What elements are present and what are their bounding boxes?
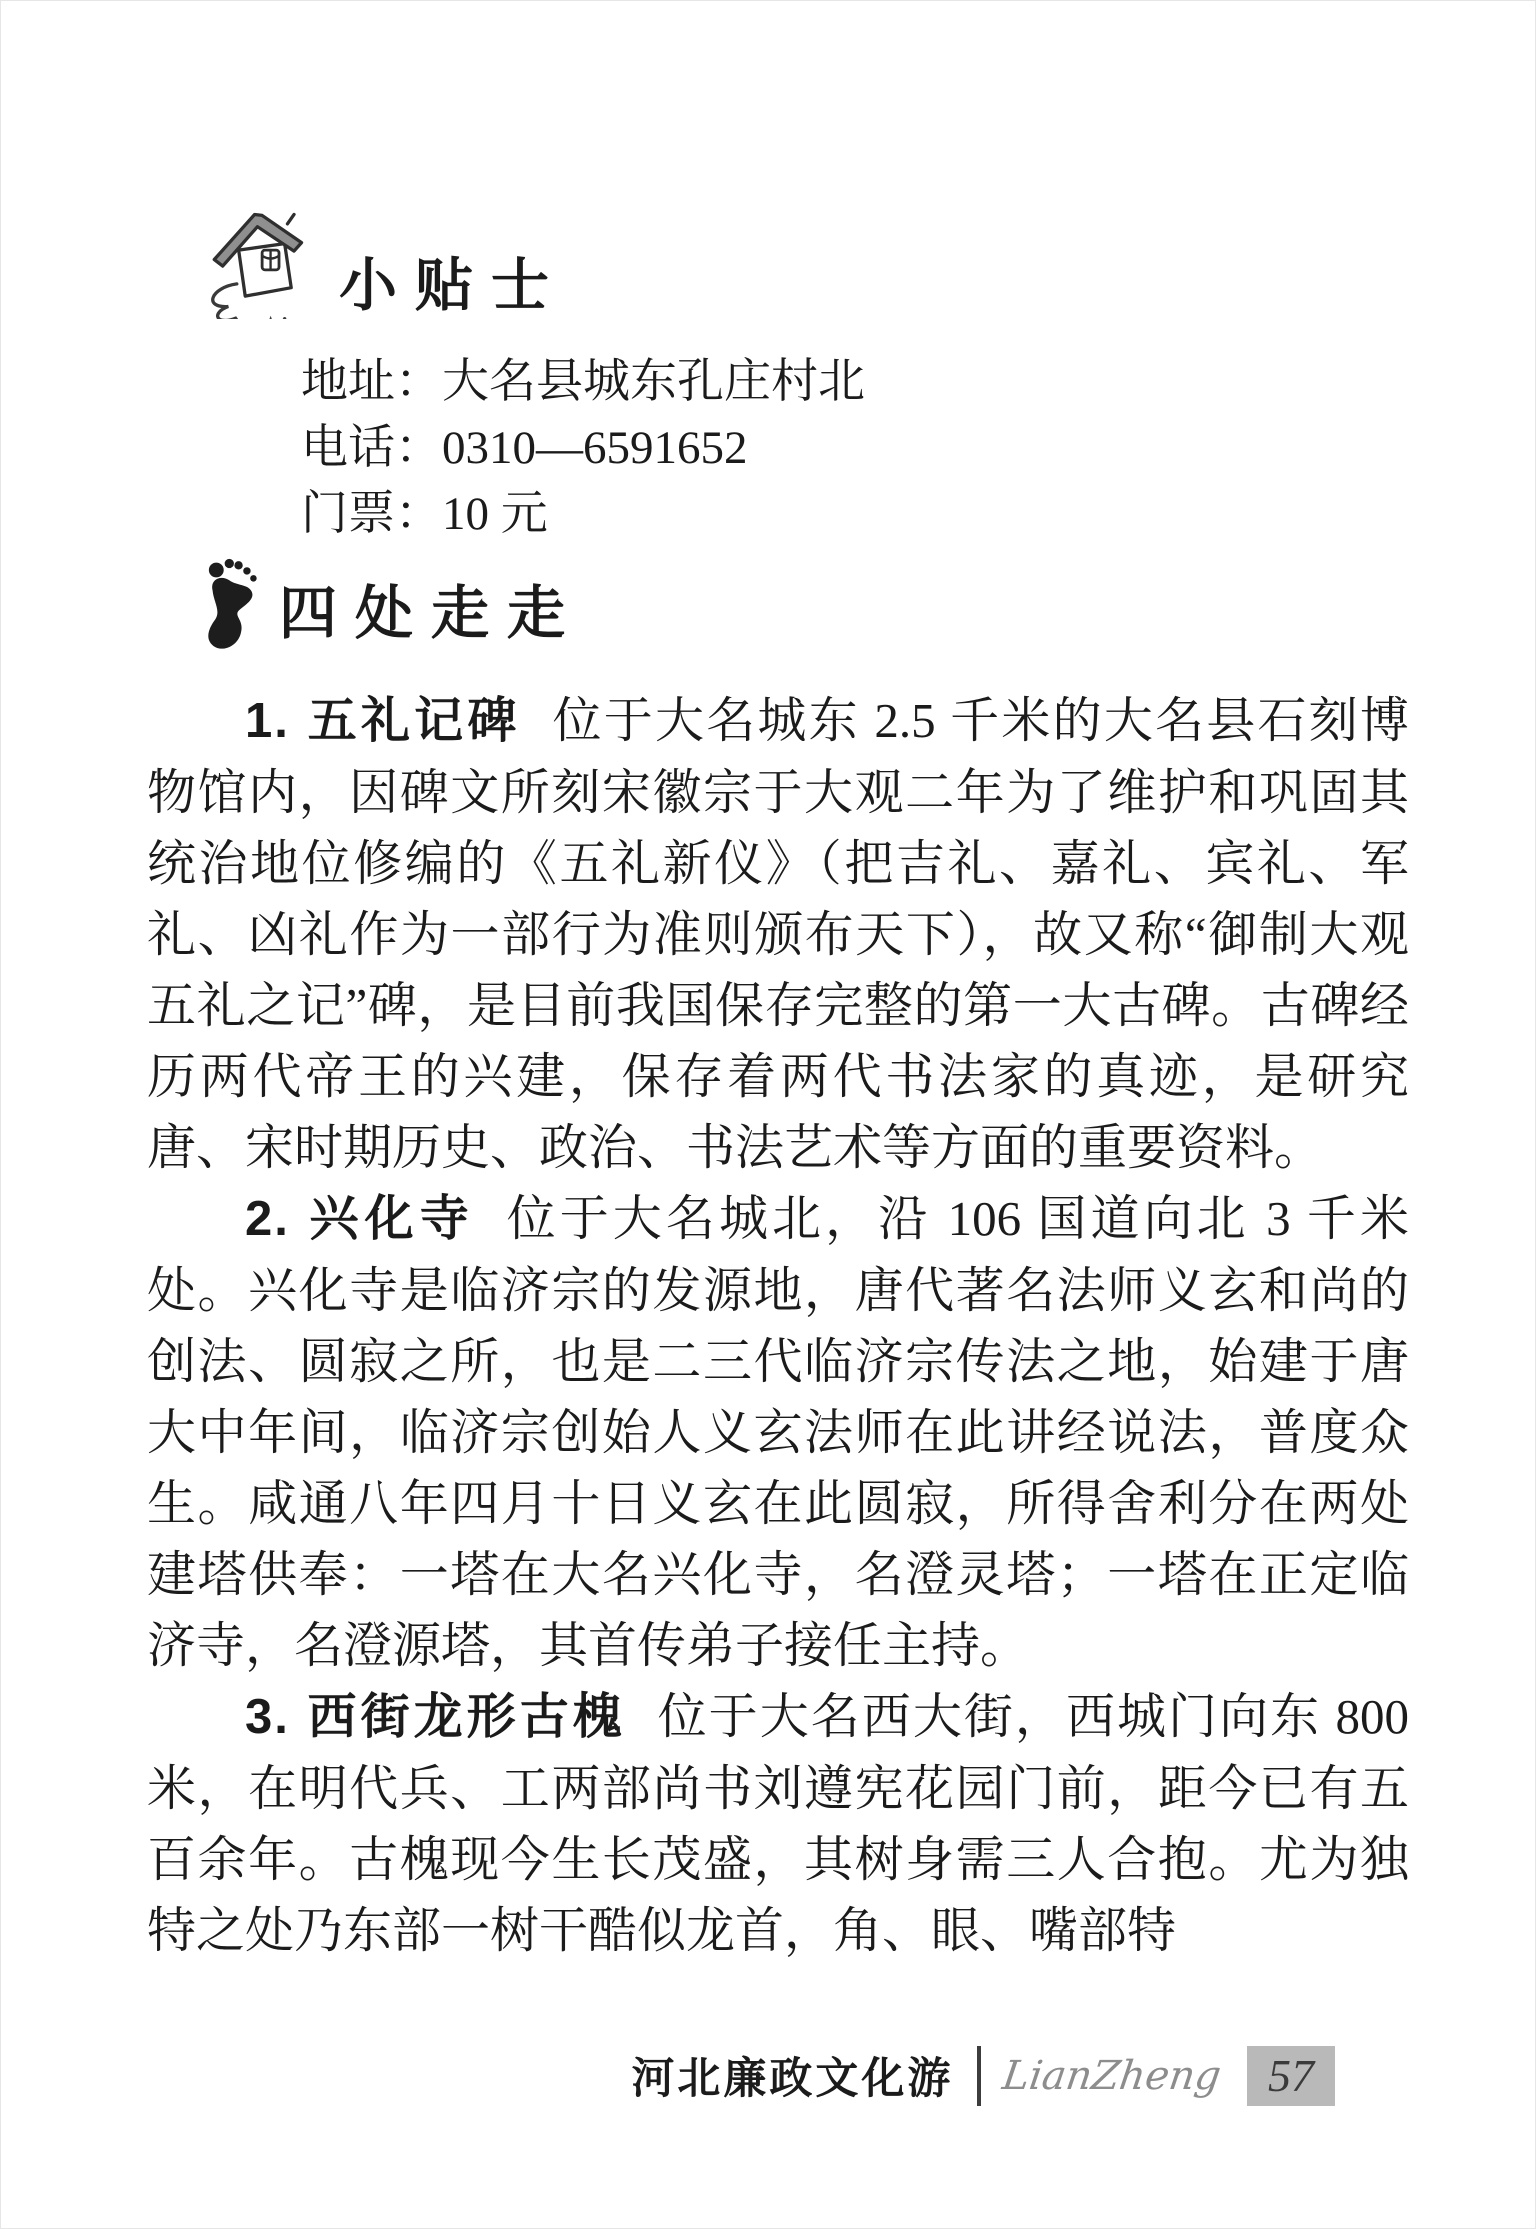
paragraph-xinghuasi: 2. 兴化寺位于大名城北，沿 106 国道向北 3 千米处。兴化寺是临济宗的发源… (147, 1183, 1409, 1681)
book-title: 河北廉政文化游 (631, 2045, 953, 2106)
tips-section: 小贴士 地址：大名县城东孔庄村北 电话：0310—6591652 门票：10 元 (203, 201, 865, 547)
walk-body: 1. 五礼记碑位于大名城东 2.5 千米的大名县石刻博物馆内，因碑文所刻宋徽宗于… (147, 685, 1409, 1966)
book-page: 小贴士 地址：大名县城东孔庄村北 电话：0310—6591652 门票：10 元… (0, 0, 1536, 2229)
walk-header: 四处走走 (203, 557, 1409, 661)
tips-value: 10 元 (442, 488, 548, 540)
tips-item-ticket: 门票：10 元 (301, 481, 865, 547)
tips-title: 小贴士 (339, 257, 567, 315)
tips-value: 0310—6591652 (442, 422, 748, 474)
tips-label: 门票： (301, 488, 442, 540)
footprint-icon (203, 557, 263, 661)
tips-header: 小贴士 (203, 201, 865, 319)
series-logo: LianZheng (1000, 2053, 1224, 2099)
paragraph-guhuai: 3. 西街龙形古槐位于大名西大街，西城门向东 800 米，在明代兵、工两部尚书刘… (147, 1681, 1409, 1966)
paragraph-text: 位于大名城东 2.5 千米的大名县石刻博物馆内，因碑文所刻宋徽宗于大观二年为了维… (147, 693, 1409, 1175)
tips-value: 大名县城东孔庄村北 (442, 356, 865, 408)
tips-label: 地址： (301, 356, 442, 408)
house-icon (203, 201, 325, 319)
paragraph-heading: 1. 五礼记碑 (245, 694, 521, 748)
paragraph-heading: 3. 西街龙形古槐 (245, 1690, 626, 1744)
tips-label: 电话： (301, 422, 442, 474)
paragraph-heading: 2. 兴化寺 (245, 1192, 475, 1246)
footer-divider (977, 2046, 981, 2106)
walk-section: 四处走走 1. 五礼记碑位于大名城东 2.5 千米的大名县石刻博物馆内，因碑文所… (147, 557, 1409, 1966)
walk-title: 四处走走 (279, 585, 583, 643)
page-number-badge: 57 (1247, 2046, 1335, 2106)
page-footer: 河北廉政文化游 LianZheng 57 (631, 2045, 1335, 2106)
tips-item-phone: 电话：0310—6591652 (301, 415, 865, 481)
tips-list: 地址：大名县城东孔庄村北 电话：0310—6591652 门票：10 元 (301, 349, 865, 547)
paragraph-wulijbei: 1. 五礼记碑位于大名城东 2.5 千米的大名县石刻博物馆内，因碑文所刻宋徽宗于… (147, 685, 1409, 1183)
tips-item-address: 地址：大名县城东孔庄村北 (301, 349, 865, 415)
paragraph-text: 位于大名城北，沿 106 国道向北 3 千米处。兴化寺是临济宗的发源地，唐代著名… (147, 1191, 1409, 1673)
